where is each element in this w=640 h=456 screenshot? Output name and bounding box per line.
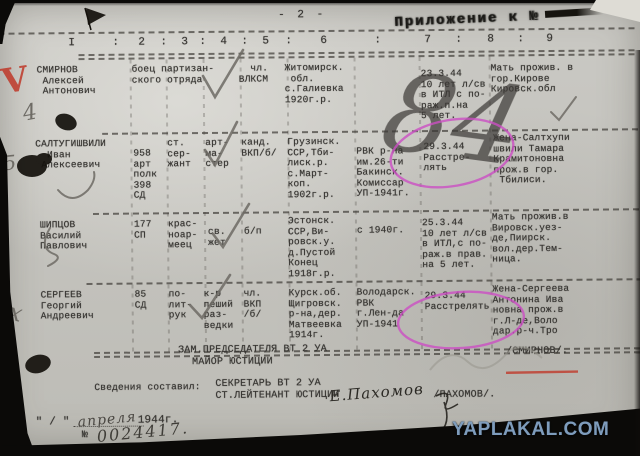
column-header-7: 7	[424, 35, 431, 46]
header-separator: :	[517, 34, 524, 45]
cell-party: канд. ВКП/б/	[241, 137, 277, 158]
cell-origin: Грузинск. ССР,Тби- лиск.р. с.Март- коп. …	[287, 137, 341, 200]
cell-rank: крас- ноар- меец	[168, 219, 198, 251]
cell-origin: Эстонск. ССР,Ви- ровск.у. д.Пустой Конец…	[288, 216, 336, 279]
column-header-5: 5	[262, 36, 269, 47]
cell-origin: Житомирск. обл. с.Галиевка 1920г.р.	[285, 63, 344, 106]
cell-origin: Курск.об. Щигровск. р-на,дер. Матвеевка …	[289, 288, 343, 341]
margin-mark-x: х	[6, 297, 26, 327]
cell-unit: 177 СП	[134, 219, 152, 240]
cell-drafted: с 1940г.	[357, 225, 404, 236]
stamp-smear	[544, 7, 602, 18]
cell-relatives: Жена-Сергеева Антонина Ива новна прож.в …	[492, 284, 569, 337]
header-separator: :	[199, 37, 206, 48]
secretary-signature: Е.Пахомов	[329, 380, 425, 405]
cell-name: ШИПЦОВ Василий Павлович	[40, 220, 87, 252]
red-check-mark: V	[0, 59, 31, 102]
cell-unit: 958 арт полк 398 СД	[133, 148, 157, 201]
header-separator: :	[374, 35, 381, 46]
header-separator: :	[241, 37, 248, 48]
cell-name: СЕРГЕЕВ Георгий Андреевич	[41, 290, 94, 322]
cell-position: арт- ма- стер	[205, 138, 229, 170]
cell-rank: ст. сер- жант	[167, 138, 191, 170]
margin-mark-5: 5	[2, 150, 17, 175]
column-line	[130, 60, 134, 353]
scanned-document-page: - 2 - Приложение к № I : 2 : 3 : 4 : 5 :…	[0, 0, 640, 456]
header-separator: :	[455, 35, 462, 46]
margin-mark-4: 4	[21, 99, 39, 126]
cell-sentence: 29.3.44 Расстрелять	[425, 291, 490, 313]
cell-party: б/п	[244, 227, 262, 238]
cell-party: чл. ВКП /б/	[244, 289, 262, 321]
cell-relatives: Мать прожив.в Вировск.уез- де,Пиирск. во…	[492, 212, 569, 265]
cell-name: САЛТУГИШВИЛИ Иван Алексеевич	[35, 139, 106, 171]
cell-drafted: Володарск. РВК г.Лен-да УП-1941	[357, 287, 416, 330]
cell-service: боец партизан- ского отряда	[132, 64, 215, 86]
header-separator: :	[112, 38, 119, 49]
approver-title-line2: МАЙОР ЮСТИЦИИ	[192, 357, 273, 368]
column-header-3: 3	[181, 37, 188, 48]
column-header-6: 6	[320, 36, 327, 47]
approver-name: /СМИРНОВ/.	[506, 347, 568, 358]
column-header-8: 8	[487, 34, 494, 45]
column-header-2: 2	[138, 38, 145, 49]
header-separator: :	[160, 37, 167, 48]
document-content: - 2 - Приложение к № I : 2 : 3 : 4 : 5 :…	[0, 0, 640, 456]
cell-unit: 85 СД	[135, 290, 147, 311]
secretary-title-line2: СТ.ЛЕЙТЕНАНТ ЮСТИЦИИ	[215, 391, 339, 403]
doc-number-label: №	[82, 431, 88, 442]
date-quotes: " / "	[36, 417, 70, 428]
approver-title-line1: ЗАМ.ПРЕДСЕДАТЕЛЯ ВТ 2 УА	[178, 345, 327, 357]
header-separator: :	[285, 36, 292, 47]
cell-position: св. жет	[208, 227, 226, 248]
ruled-line	[0, 27, 638, 35]
secretary-name: /ПАХОМОВ/.	[433, 390, 495, 401]
column-header-9: 9	[546, 34, 553, 45]
handwritten-big-number: 84	[373, 57, 536, 184]
cell-name: СМИРНОВ Алексей Антонович	[37, 65, 96, 97]
cell-sentence: 25.3.44 10 лет л/св в ИТЛ,с по- раж.в пр…	[422, 218, 487, 271]
compiled-by-label: Сведения составил:	[94, 382, 200, 393]
watermark: YAPLAKAL.COM	[452, 419, 609, 441]
cell-party: чл. ВЛКСМ	[239, 63, 269, 84]
page-number: - 2 -	[278, 10, 326, 21]
cell-position: к-р пеший раз- ведки	[204, 289, 234, 331]
cell-rank: по- лит- рук	[169, 289, 193, 321]
column-header-1: I	[68, 38, 75, 49]
column-header-4: 4	[220, 37, 227, 48]
secretary-title-line1: СЕКРЕТАРЬ ВТ 2 УА	[215, 379, 321, 390]
